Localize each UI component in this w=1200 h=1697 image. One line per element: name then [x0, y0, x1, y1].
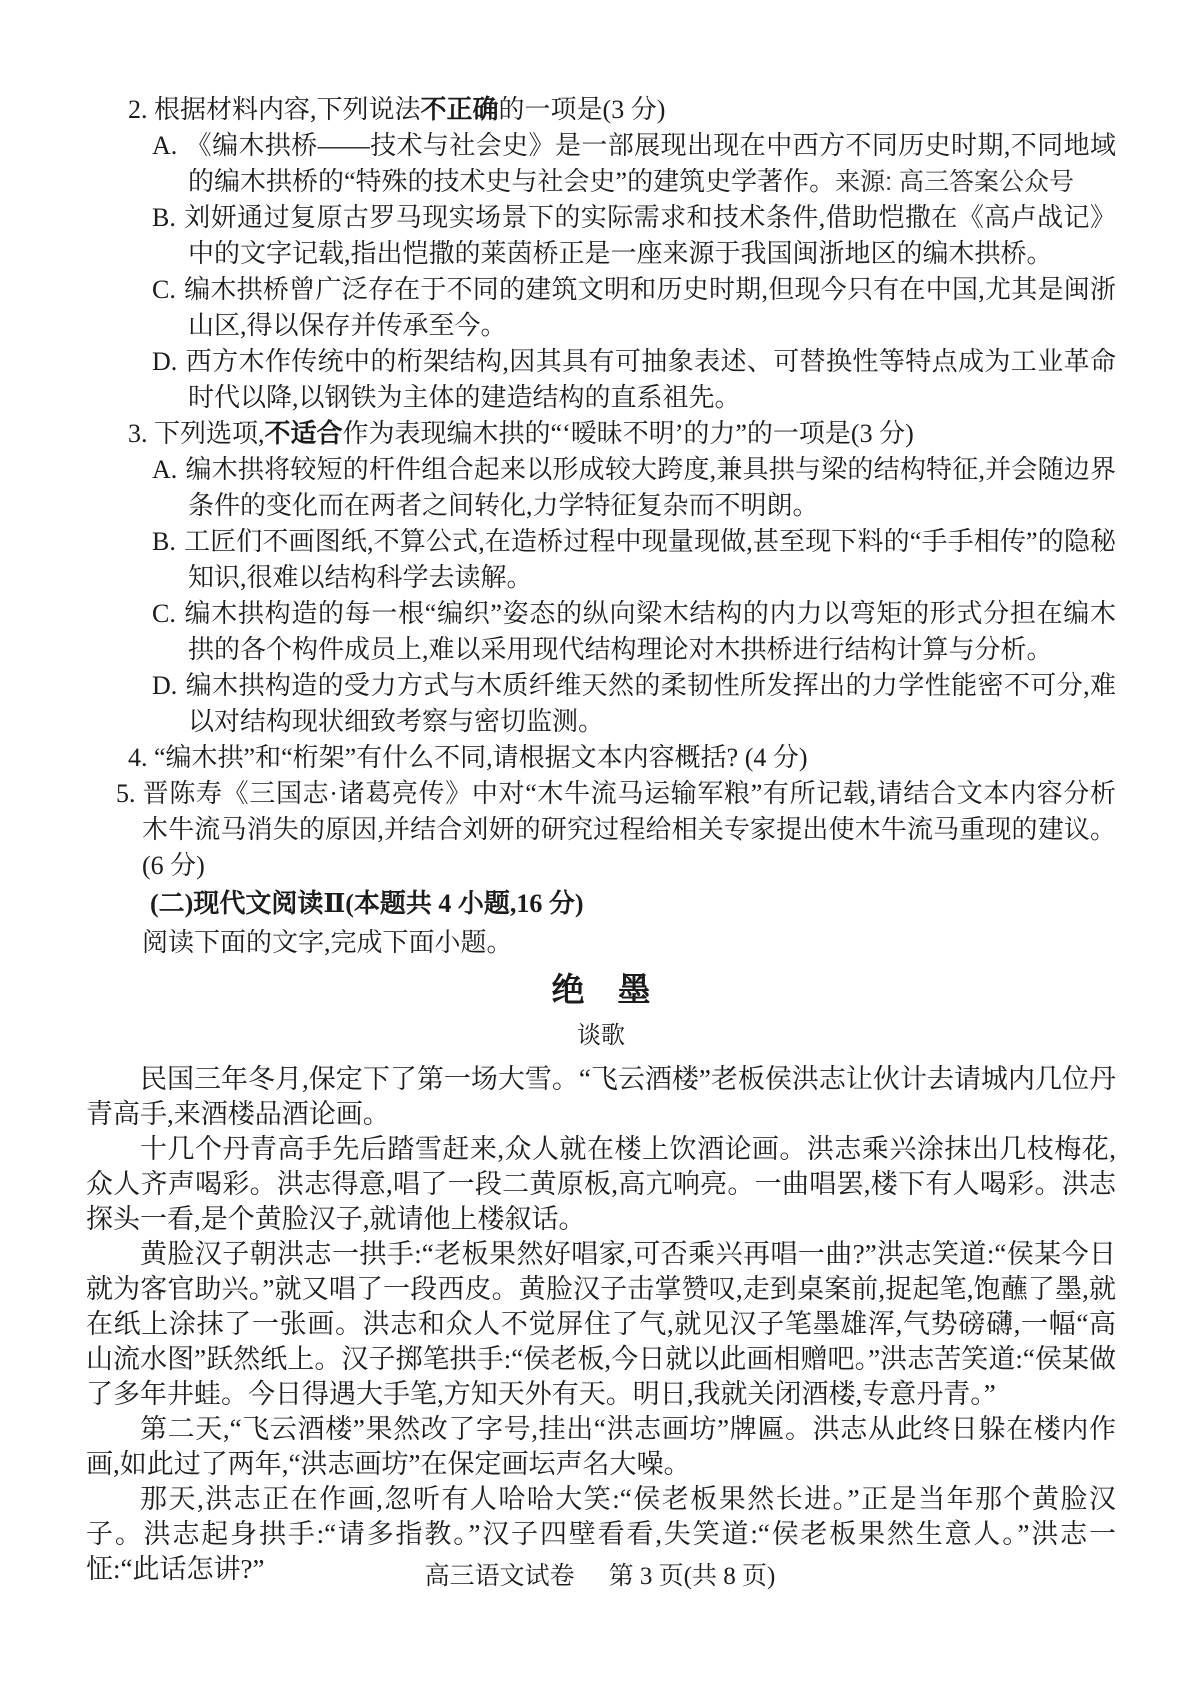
- option-label: C.: [152, 599, 176, 628]
- page-footer: 高三语文试卷第 3 页(共 8 页): [0, 1556, 1200, 1592]
- question-3-option-a: A.编木拱将较短的杆件组合起来以形成较大跨度,兼具拱与梁的结构特征,并会随边界条…: [152, 452, 1116, 524]
- story-body: 民国三年冬月,保定下了第一场大雪。“飞云酒楼”老板侯洪志让伙计去请城内几位丹青高…: [86, 1062, 1116, 1587]
- question-3-stem-pre: 3. 下列选项,: [128, 419, 265, 448]
- question-2-stem-pre: 2. 根据材料内容,下列说法: [128, 95, 421, 124]
- option-text: 编木拱桥曾广泛存在于不同的建筑文明和历史时期,但现今只有在中国,尤其是闽浙山区,…: [184, 275, 1116, 340]
- option-text: 编木拱构造的受力方式与木质纤维天然的柔韧性所发挥出的力学性能密不可分,难以对结构…: [185, 671, 1116, 736]
- question-3-option-d: D.编木拱构造的受力方式与木质纤维天然的柔韧性所发挥出的力学性能密不可分,难以对…: [152, 668, 1116, 740]
- option-text: 编木拱将较短的杆件组合起来以形成较大跨度,兼具拱与梁的结构特征,并会随边界条件的…: [185, 455, 1116, 520]
- story-paragraph-1: 民国三年冬月,保定下了第一场大雪。“飞云酒楼”老板侯洪志让伙计去请城内几位丹青高…: [86, 1062, 1116, 1132]
- question-2-stem: 2. 根据材料内容,下列说法不正确的一项是(3 分): [128, 92, 1116, 128]
- story-title: 绝 墨: [86, 966, 1116, 1016]
- question-2-option-a: A.《编木拱桥——技术与社会史》是一部展现出现在中西方不同历史时期,不同地域的编…: [152, 128, 1116, 200]
- section-2-instruction: 阅读下面的文字,完成下面小题。: [142, 924, 1116, 962]
- question-4: 4. “编木拱”和“桁架”有什么不同,请根据文本内容概括? (4 分): [86, 740, 1116, 776]
- question-4-text: 4. “编木拱”和“桁架”有什么不同,请根据文本内容概括? (4 分): [128, 740, 1116, 776]
- option-label: A.: [152, 131, 177, 160]
- question-2-stem-emphasis: 不正确: [421, 95, 499, 124]
- question-2-option-c: C.编木拱桥曾广泛存在于不同的建筑文明和历史时期,但现今只有在中国,尤其是闽浙山…: [152, 272, 1116, 344]
- option-label: A.: [152, 455, 177, 484]
- option-label: B.: [152, 527, 176, 556]
- question-2-option-b: B.刘妍通过复原古罗马现实场景下的实际需求和技术条件,借助恺撒在《高卢战记》中的…: [152, 200, 1116, 272]
- option-label: D.: [152, 347, 177, 376]
- option-label: C.: [152, 275, 176, 304]
- question-5: 5. 晋陈寿《三国志·诸葛亮传》中对“木牛流马运输军粮”有所记载,请结合文本内容…: [86, 776, 1116, 884]
- option-text: 工匠们不画图纸,不算公式,在造桥过程中现量现做,甚至现下料的“手手相传”的隐秘知…: [184, 527, 1116, 592]
- exam-page: 2. 根据材料内容,下列说法不正确的一项是(3 分) A.《编木拱桥——技术与社…: [0, 0, 1200, 1587]
- footer-exam-title: 高三语文试卷: [425, 1563, 575, 1590]
- story-author: 谈歌: [86, 1016, 1116, 1056]
- section-2: (二)现代文阅读Ⅱ(本题共 4 小题,16 分) 阅读下面的文字,完成下面小题。…: [86, 884, 1116, 1587]
- option-text: 刘妍通过复原古罗马现实场景下的实际需求和技术条件,借助恺撒在《高卢战记》中的文字…: [184, 203, 1116, 268]
- question-3-option-b: B.工匠们不画图纸,不算公式,在造桥过程中现量现做,甚至现下料的“手手相传”的隐…: [152, 524, 1116, 596]
- question-3-stem-post: 作为表现编木拱的“‘暧昧不明’的力”的一项是(3 分): [343, 419, 914, 448]
- story-paragraph-2: 十几个丹青高手先后踏雪赶来,众人就在楼上饮酒论画。洪志乘兴涂抹出几枝梅花,众人齐…: [86, 1132, 1116, 1237]
- question-3-stem: 3. 下列选项,不适合作为表现编木拱的“‘暧昧不明’的力”的一项是(3 分): [128, 416, 1116, 452]
- question-5-text: 5. 晋陈寿《三国志·诸葛亮传》中对“木牛流马运输军粮”有所记载,请结合文本内容…: [116, 776, 1116, 884]
- option-text: 编木拱构造的每一根“编织”姿态的纵向梁木结构的内力以弯矩的形式分担在编木拱的各个…: [184, 599, 1116, 664]
- option-text: 西方木作传统中的桁架结构,因其具有可抽象表述、可替换性等特点成为工业革命时代以降…: [185, 347, 1116, 412]
- story-paragraph-3: 黄脸汉子朝洪志一拱手:“老板果然好唱家,可否乘兴再唱一曲?”洪志笑道:“侯某今日…: [86, 1237, 1116, 1412]
- option-label: B.: [152, 203, 176, 232]
- source-watermark: 来源: 高三答案公众号: [835, 168, 1074, 196]
- section-2-header: (二)现代文阅读Ⅱ(本题共 4 小题,16 分): [150, 884, 1116, 924]
- question-3: 3. 下列选项,不适合作为表现编木拱的“‘暧昧不明’的力”的一项是(3 分) A…: [86, 416, 1116, 740]
- question-2: 2. 根据材料内容,下列说法不正确的一项是(3 分) A.《编木拱桥——技术与社…: [86, 92, 1116, 416]
- question-2-option-d: D.西方木作传统中的桁架结构,因其具有可抽象表述、可替换性等特点成为工业革命时代…: [152, 344, 1116, 416]
- story-paragraph-4: 第二天,“飞云酒楼”果然改了字号,挂出“洪志画坊”牌匾。洪志从此终日躲在楼内作画…: [86, 1412, 1116, 1482]
- footer-page-number: 第 3 页(共 8 页): [609, 1563, 776, 1590]
- question-2-stem-post: 的一项是(3 分): [499, 95, 666, 124]
- question-3-option-c: C.编木拱构造的每一根“编织”姿态的纵向梁木结构的内力以弯矩的形式分担在编木拱的…: [152, 596, 1116, 668]
- option-label: D.: [152, 671, 177, 700]
- question-3-stem-emphasis: 不适合: [265, 419, 343, 448]
